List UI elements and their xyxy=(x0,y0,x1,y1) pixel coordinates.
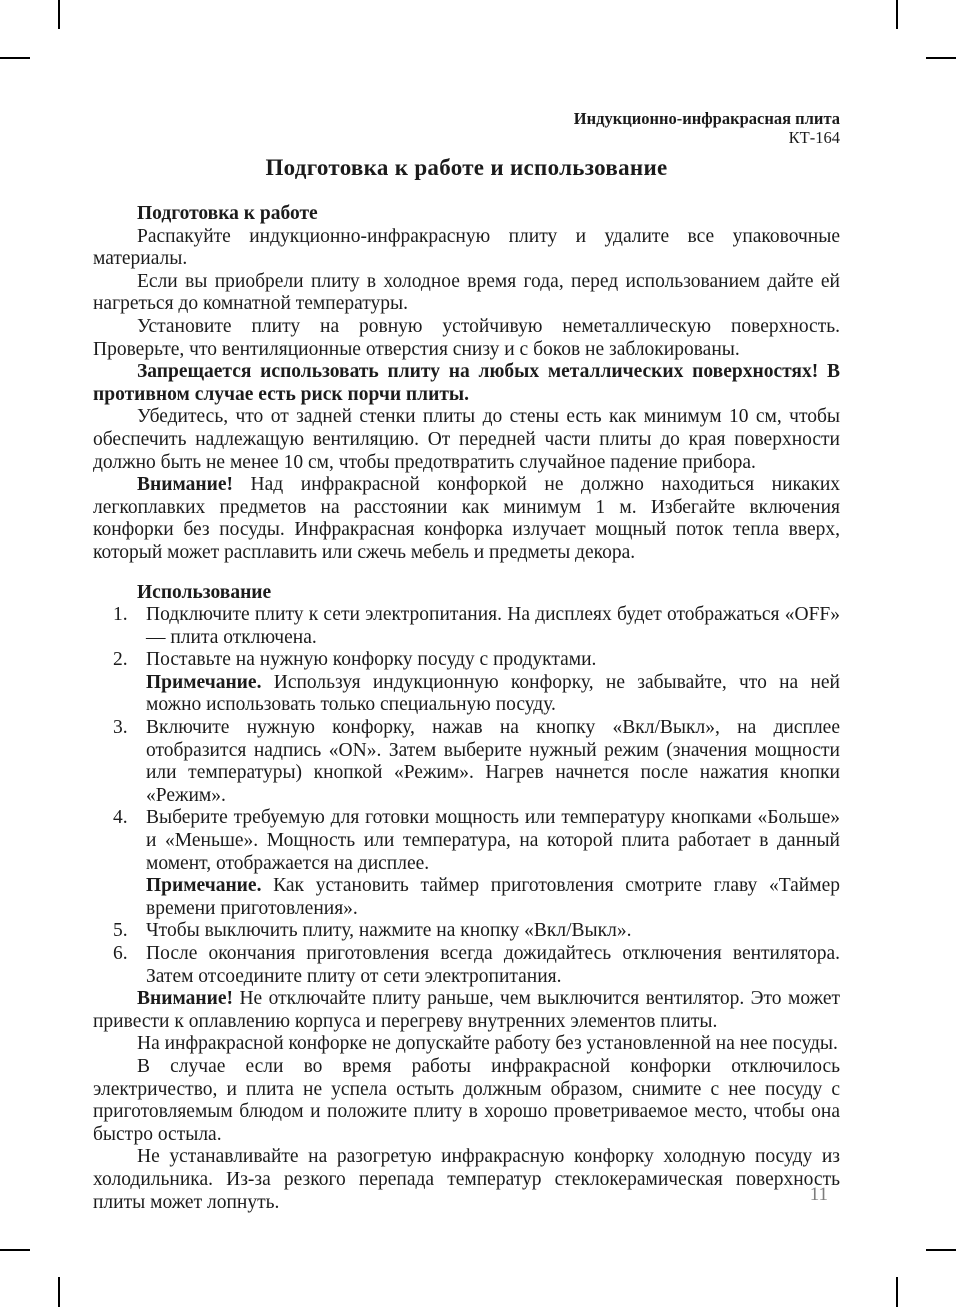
item-text: Подключите плиту к сети электропитания. … xyxy=(146,604,840,648)
list-item: 3. Включите нужную конфорку, нажав на кн… xyxy=(93,717,840,807)
manual-page: { "document": { "header": { "product": "… xyxy=(0,0,956,1307)
section-preparation: Подготовка к работе Распакуйте индукцион… xyxy=(93,203,840,565)
usage-steps-list: 1. Подключите плиту к сети электропитани… xyxy=(93,604,840,988)
paragraph: На инфракрасной конфорке не допускайте р… xyxy=(93,1033,840,1056)
item-number: 1. xyxy=(113,604,128,627)
item-number: 2. xyxy=(113,649,128,672)
product-name: Индукционно-инфракрасная плита xyxy=(93,110,840,129)
item-text: Выберите требуемую для готовки мощность … xyxy=(146,807,840,873)
document-body: Подготовка к работе Распакуйте индукцион… xyxy=(93,203,840,1214)
model-number: КТ-164 xyxy=(93,129,840,148)
item-number: 3. xyxy=(113,717,128,740)
attention-label: Внимание! xyxy=(137,988,233,1009)
item-note: Примечание. Как установить таймер пригот… xyxy=(146,875,840,920)
crop-mark-top-right-vertical xyxy=(896,0,898,29)
page-number: 11 xyxy=(748,1184,828,1206)
paragraph: Убедитесь, что от задней стенки плиты до… xyxy=(93,406,840,474)
crop-mark-bottom-right-horizontal xyxy=(926,1249,956,1251)
item-number: 4. xyxy=(113,807,128,830)
warning-paragraph: Запрещается использовать плиту на любых … xyxy=(93,361,840,406)
item-text: Чтобы выключить плиту, нажмите на кнопку… xyxy=(146,920,631,941)
page-title: Подготовка к работе и использование xyxy=(93,155,840,181)
paragraph: Распакуйте индукционно-инфракрасную плит… xyxy=(93,226,840,271)
crop-mark-bottom-left-vertical xyxy=(58,1277,60,1307)
item-text: Включите нужную конфорку, нажав на кнопк… xyxy=(146,717,840,806)
item-text: После окончания приготовления всегда дож… xyxy=(146,943,840,987)
item-text: Поставьте на нужную конфорку посуду с пр… xyxy=(146,649,596,670)
running-head: Индукционно-инфракрасная плита КТ-164 xyxy=(93,110,840,147)
paragraph: Установите плиту на ровную устойчивую не… xyxy=(93,316,840,361)
paragraph: Если вы приобрели плиту в холодное время… xyxy=(93,271,840,316)
attention-paragraph: Внимание! Над инфракрасной конфоркой не … xyxy=(93,474,840,564)
paragraph: В случае если во время работы инфракрасн… xyxy=(93,1056,840,1146)
section-heading: Подготовка к работе xyxy=(93,203,840,226)
note-label: Примечание. xyxy=(146,672,261,693)
crop-mark-bottom-right-vertical xyxy=(896,1277,898,1307)
item-number: 6. xyxy=(113,943,128,966)
list-item: 4. Выберите требуемую для готовки мощнос… xyxy=(93,807,840,920)
list-item: 6. После окончания приготовления всегда … xyxy=(93,943,840,988)
crop-mark-top-left-horizontal xyxy=(0,57,30,59)
item-number: 5. xyxy=(113,920,128,943)
attention-label: Внимание! xyxy=(137,474,233,495)
crop-mark-top-left-vertical xyxy=(58,0,60,29)
section-heading: Использование xyxy=(93,582,840,605)
paragraph: Не устанавливайте на разогретую инфракра… xyxy=(93,1146,840,1214)
list-item: 5. Чтобы выключить плиту, нажмите на кно… xyxy=(93,920,840,943)
list-item: 1. Подключите плиту к сети электропитани… xyxy=(93,604,840,649)
attention-paragraph: Внимание! Не отключайте плиту раньше, че… xyxy=(93,988,840,1033)
list-item: 2. Поставьте на нужную конфорку посуду с… xyxy=(93,649,840,717)
crop-mark-top-right-horizontal xyxy=(926,57,956,59)
note-label: Примечание. xyxy=(146,875,261,896)
item-note: Примечание. Используя индукционную конфо… xyxy=(146,672,840,717)
crop-mark-bottom-left-horizontal xyxy=(0,1249,30,1251)
section-usage: Использование 1. Подключите плиту к сети… xyxy=(93,582,840,1215)
